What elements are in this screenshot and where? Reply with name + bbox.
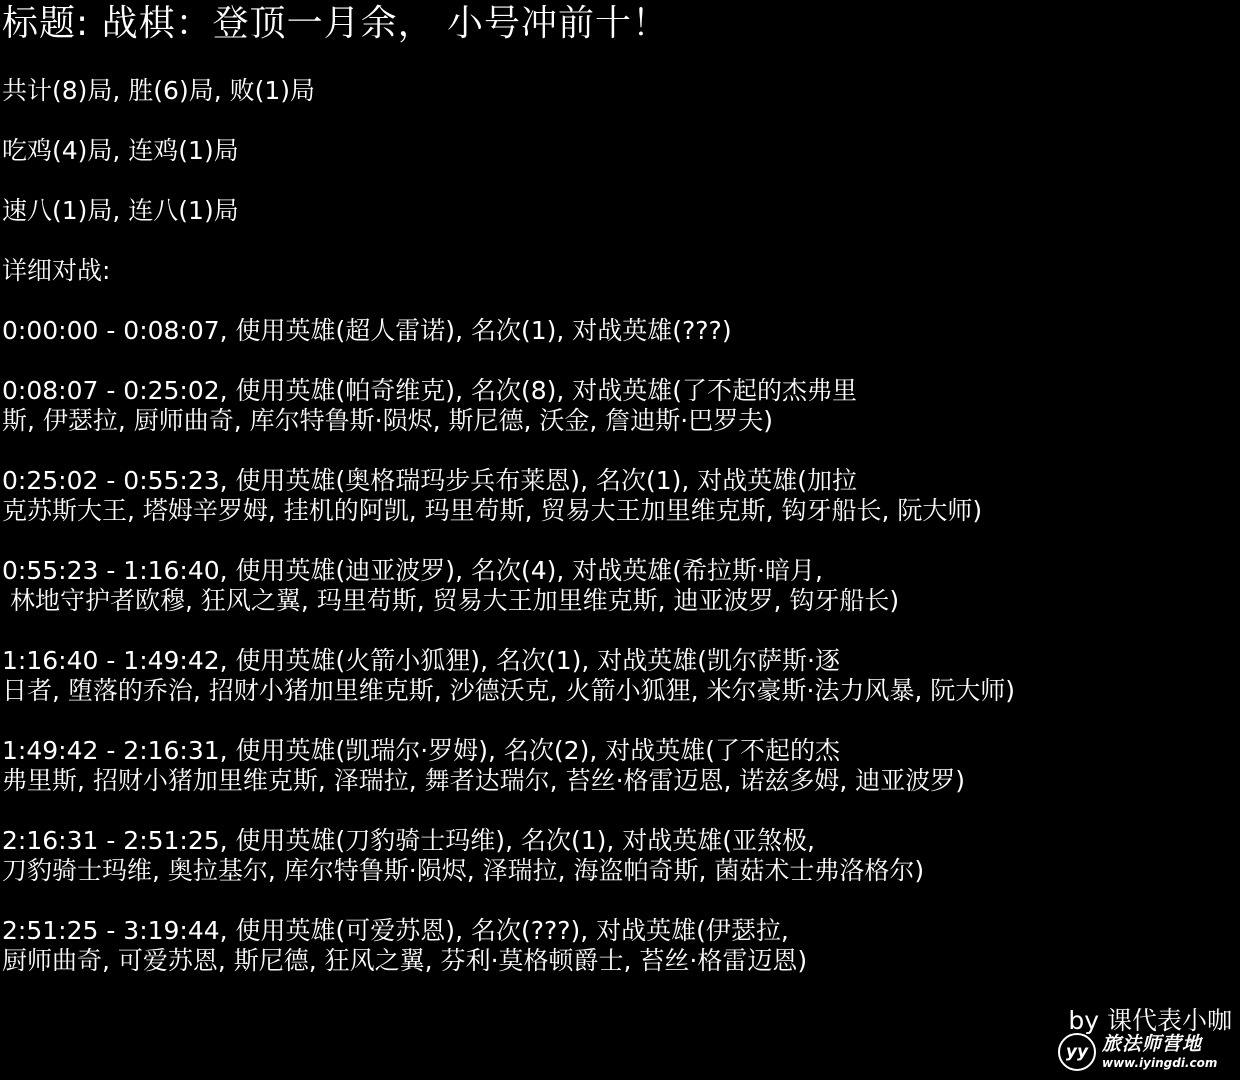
match-line: 克苏斯大王, 塔姆辛罗姆, 挂机的阿凯, 玛里苟斯, 贸易大王加里维克斯, 钩牙…: [2, 496, 982, 526]
match-line: 2:51:25 - 3:19:44, 使用英雄(可爱苏恩), 名次(???), …: [2, 916, 807, 946]
match-line: 1:16:40 - 1:49:42, 使用英雄(火箭小狐狸), 名次(1), 对…: [2, 646, 1015, 676]
match-entry: 0:08:07 - 0:25:02, 使用英雄(帕奇维克), 名次(8), 对战…: [2, 376, 857, 436]
match-line: 2:16:31 - 2:51:25, 使用英雄(刀豹骑士玛维), 名次(1), …: [2, 826, 924, 856]
match-line: 林地守护者欧穆, 狂风之翼, 玛里苟斯, 贸易大王加里维克斯, 迪亚波罗, 钩牙…: [2, 586, 899, 616]
match-entry: 1:16:40 - 1:49:42, 使用英雄(火箭小狐狸), 名次(1), 对…: [2, 646, 1015, 706]
match-entry: 2:16:31 - 2:51:25, 使用英雄(刀豹骑士玛维), 名次(1), …: [2, 826, 924, 886]
match-line: 0:00:00 - 0:08:07, 使用英雄(超人雷诺), 名次(1), 对战…: [2, 316, 732, 346]
summary-chicken: 吃鸡(4)局, 连鸡(1)局: [2, 136, 239, 166]
match-line: 0:08:07 - 0:25:02, 使用英雄(帕奇维克), 名次(8), 对战…: [2, 376, 857, 406]
match-line: 厨师曲奇, 可爱苏恩, 斯尼德, 狂风之翼, 芬利·莫格顿爵士, 苔丝·格雷迈恩…: [2, 946, 807, 976]
site-logo-icon: yy: [1058, 1033, 1096, 1071]
match-entry: 1:49:42 - 2:16:31, 使用英雄(凯瑞尔·罗姆), 名次(2), …: [2, 736, 965, 796]
site-url: www.iyingdi.com: [1102, 1057, 1217, 1069]
match-entry: 0:00:00 - 0:08:07, 使用英雄(超人雷诺), 名次(1), 对战…: [2, 316, 732, 346]
match-line: 0:25:02 - 0:55:23, 使用英雄(奥格瑞玛步兵布莱恩), 名次(1…: [2, 466, 982, 496]
match-entry: 2:51:25 - 3:19:44, 使用英雄(可爱苏恩), 名次(???), …: [2, 916, 807, 976]
site-name: 旅法师营地: [1102, 1035, 1217, 1054]
detail-heading: 详细对战:: [2, 256, 110, 286]
match-line: 0:55:23 - 1:16:40, 使用英雄(迪亚波罗), 名次(4), 对战…: [2, 556, 899, 586]
site-watermark: yy 旅法师营地 www.iyingdi.com: [1058, 1030, 1234, 1074]
summary-top8: 速八(1)局, 连八(1)局: [2, 196, 239, 226]
match-entry: 0:55:23 - 1:16:40, 使用英雄(迪亚波罗), 名次(4), 对战…: [2, 556, 899, 616]
summary-total: 共计(8)局, 胜(6)局, 败(1)局: [2, 76, 315, 106]
match-entry: 0:25:02 - 0:55:23, 使用英雄(奥格瑞玛步兵布莱恩), 名次(1…: [2, 466, 982, 526]
match-line: 刀豹骑士玛维, 奥拉基尔, 库尔特鲁斯·陨烬, 泽瑞拉, 海盗帕奇斯, 菌菇术士…: [2, 856, 924, 886]
match-line: 1:49:42 - 2:16:31, 使用英雄(凯瑞尔·罗姆), 名次(2), …: [2, 736, 965, 766]
page-title: 标题: 战棋：登顶一月余， 小号冲前十！: [2, 2, 669, 46]
match-line: 日者, 堕落的乔治, 招财小猪加里维克斯, 沙德沃克, 火箭小狐狸, 米尔豪斯·…: [2, 676, 1015, 706]
match-line: 斯, 伊瑟拉, 厨师曲奇, 库尔特鲁斯·陨烬, 斯尼德, 沃金, 詹迪斯·巴罗夫…: [2, 406, 857, 436]
match-line: 弗里斯, 招财小猪加里维克斯, 泽瑞拉, 舞者达瑞尔, 苔丝·格雷迈恩, 诺兹多…: [2, 766, 965, 796]
